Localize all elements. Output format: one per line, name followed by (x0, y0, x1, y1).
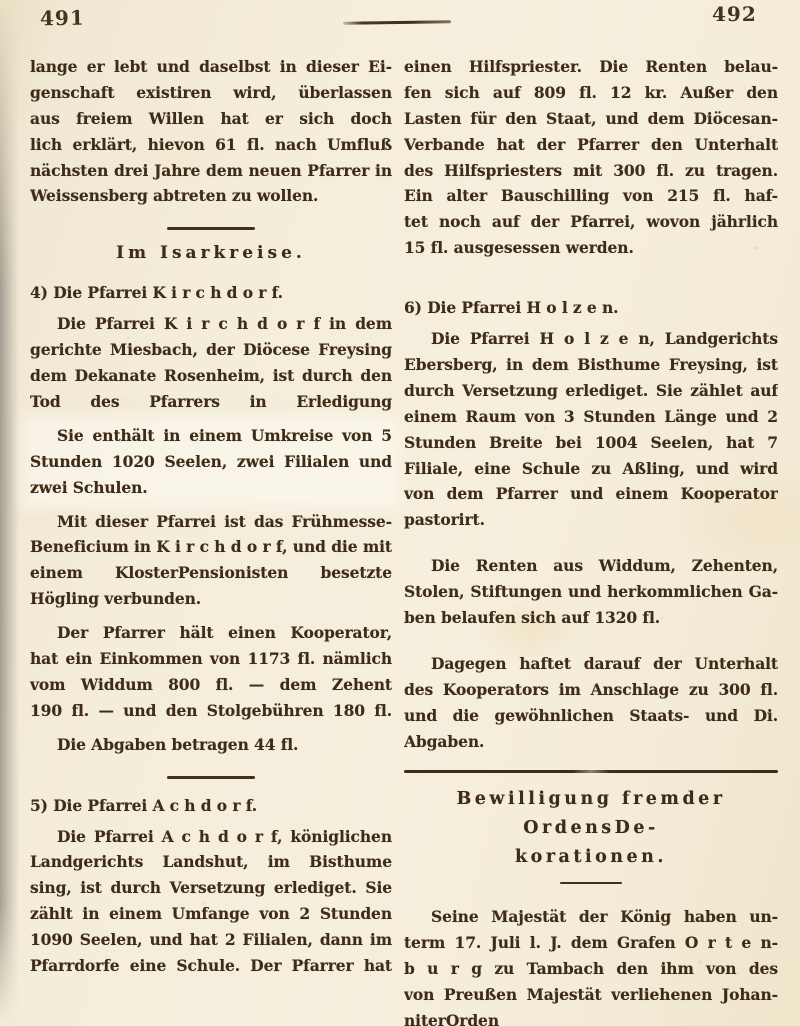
text-line: term 17. Juli l. J. dem Grafen O r t e n… (404, 930, 778, 956)
text-line: Mit dieser Pfarrei ist das Frühmesse- (30, 509, 392, 535)
text-line: Filiale, eine Schule zu Aßling, und wird (404, 456, 778, 482)
text-line: einen Hilfspriester. Die Renten belau- (404, 54, 778, 80)
text-line: Ein alter Bauschilling von 215 fl. haf- (404, 183, 778, 209)
text-line: zwei Schulen. (30, 475, 392, 501)
text-line: des Hilfspriesters mit 300 fl. zu tragen… (404, 158, 778, 184)
text-line: Die Renten aus Widdum, Zehenten, (404, 553, 778, 579)
text-line: durch Versetzung erlediget. Sie zählet a… (404, 378, 778, 404)
scanned-book-page: 491 492 lange er lebt und daselbst in di… (0, 0, 800, 1026)
holzen-paragraph-3: Dagegen haftet darauf der Unterhaltdes K… (404, 651, 778, 755)
header-rule (343, 20, 451, 25)
continuation-paragraph: lange er lebt und daselbst in dieser Ei-… (30, 54, 392, 209)
section-heading: Bewilligung fremder OrdensDe-korationen. (404, 785, 778, 872)
divider-rule (167, 227, 255, 230)
holzen-paragraph-2: Die Renten aus Widdum, Zehenten,Stolen, … (404, 553, 778, 631)
achdorf-paragraph-1: Die Pfarrei A c h d o r f, königlichenLa… (30, 824, 392, 979)
text-line: des Kooperators im Anschlage zu 300 fl. (404, 677, 778, 703)
text-line: zählt in einem Umfange von 2 Stunden (30, 901, 392, 927)
text-line: Der Pfarrer hält einen Kooperator, und (30, 620, 392, 646)
kirchdorf-paragraph-3: Mit dieser Pfarrei ist das Frühmesse-Ben… (30, 509, 392, 613)
text-line: 15 fl. ausgesessen werden. (404, 235, 778, 261)
text-line: Tod des Pfarrers in Erledigung gekommen. (30, 389, 392, 415)
text-line: 1090 Seelen, und hat 2 Filialen, dann im (30, 927, 392, 953)
text-line: Abgaben. (404, 729, 778, 755)
text-line: sing, ist durch Versetzung erlediget. Si… (30, 875, 392, 901)
text-line: von dem Pfarrer und einem Kooperator (404, 481, 778, 507)
text-line: von Preußen Majestät verliehenen Johan- (404, 982, 778, 1008)
heading-line: Bewilligung fremder OrdensDe- (404, 785, 778, 843)
entry-heading: 4) Die Pfarrei K i r c h d o r f. (30, 280, 392, 306)
text-line: und die gewöhnlichen Staats- und Di. (404, 703, 778, 729)
text-line: nächsten drei Jahre dem neuen Pfarrer in (30, 158, 392, 184)
text-line: dem Dekanate Rosenheim, ist durch den (30, 363, 392, 389)
text-line: Die Pfarrei H o l z e n, Landgerichts (404, 326, 778, 352)
text-line: pastorirt. (404, 507, 778, 533)
kirchdorf-paragraph-1: Die Pfarrei K i r c h d o r f in dem Lan… (30, 311, 392, 415)
text-line: Stunden 1020 Seelen, zwei Filialen und (30, 449, 392, 475)
entry-heading: 5) Die Pfarrei A c h d o r f. (30, 793, 392, 819)
text-line: Lasten für den Staat, und dem Diöcesan- (404, 106, 778, 132)
divider-rule (167, 776, 255, 779)
holzen-paragraph-1: Die Pfarrei H o l z e n, LandgerichtsEbe… (404, 326, 778, 533)
divider-rule (560, 882, 622, 885)
text-line: Verbande hat der Pfarrer den Unterhalt (404, 132, 778, 158)
text-line: Pfarrdorfe eine Schule. Der Pfarrer hat (30, 953, 392, 979)
text-line: Weissensberg abtreten zu wollen. (30, 183, 392, 209)
text-line: Ebersberg, in dem Bisthume Freysing, ist (404, 352, 778, 378)
text-line: hat ein Einkommen von 1173 fl. nämlich (30, 646, 392, 672)
ordens-paragraph-1: Seine Majestät der König haben un-term 1… (404, 904, 778, 1026)
text-line: Stolen, Stiftungen und herkommlichen Ga- (404, 579, 778, 605)
text-line: Högling verbunden. (30, 586, 392, 612)
text-line: Die Pfarrei A c h d o r f, königlichen (30, 824, 392, 850)
text-line: genschaft existiren wird, überlassen ble… (30, 80, 392, 106)
section-heading: Im Isarkreise. (30, 240, 392, 266)
text-line: Die Abgaben betragen 44 fl. (30, 732, 392, 758)
kirchdorf-paragraph-2: Sie enthält in einem Umkreise von 5Stund… (30, 423, 392, 501)
left-column: lange er lebt und daselbst in dieser Ei-… (30, 54, 392, 979)
text-line: einem KlosterPensionisten besetzte Expos… (30, 560, 392, 586)
heading-line: Im Isarkreise. (30, 240, 392, 266)
entry-heading: 6) Die Pfarrei H o l z e n. (404, 295, 778, 321)
text-line: Seine Majestät der König haben un- (404, 904, 778, 930)
right-column: einen Hilfspriester. Die Renten belau-fe… (404, 54, 778, 1026)
text-line: lich erklärt, hievon 61 fl. nach Umfluß … (30, 132, 392, 158)
page-number-left: 491 (40, 6, 85, 31)
text-line: fen sich auf 809 fl. 12 kr. Außer den (404, 80, 778, 106)
text-line: aus freiem Willen hat er sich doch verbi… (30, 106, 392, 132)
page-number-right: 492 (712, 2, 757, 26)
text-line: 190 fl. — und den Stolgebühren 180 fl. (30, 698, 392, 724)
text-line: lange er lebt und daselbst in dieser Ei- (30, 54, 392, 80)
kirchdorf-paragraph-5: Die Abgaben betragen 44 fl. (30, 732, 392, 758)
text-line: Dagegen haftet darauf der Unterhalt (404, 651, 778, 677)
text-line: Stunden Breite bei 1004 Seelen, hat 7 (404, 430, 778, 456)
text-line: b u r g zu Tambach den ihm von des König… (404, 956, 778, 982)
heading-line: korationen. (404, 843, 778, 872)
text-line: Beneficium in K i r c h d o r f, und die… (30, 534, 392, 560)
text-line: Landgerichts Landshut, im Bisthume Frey- (30, 849, 392, 875)
text-line: Sie enthält in einem Umkreise von 5 (30, 423, 392, 449)
text-line: einem Raum von 3 Stunden Länge und 2 (404, 404, 778, 430)
text-line: vom Widdum 800 fl. — dem Zehent (30, 672, 392, 698)
kirchdorf-paragraph-4: Der Pfarrer hält einen Kooperator, undha… (30, 620, 392, 724)
text-line: niterOrden (404, 1008, 778, 1026)
text-line: Die Pfarrei K i r c h d o r f in dem Lan… (30, 311, 392, 337)
text-line: tet noch auf der Pfarrei, wovon jährlich (404, 209, 778, 235)
text-line: gerichte Miesbach, der Diöcese Freysing … (30, 337, 392, 363)
binding-shadow (0, 0, 26, 1026)
text-line: ben belaufen sich auf 1320 fl. (404, 605, 778, 631)
divider-rule (404, 770, 778, 773)
achdorf-paragraph-2: einen Hilfspriester. Die Renten belau-fe… (404, 54, 778, 261)
